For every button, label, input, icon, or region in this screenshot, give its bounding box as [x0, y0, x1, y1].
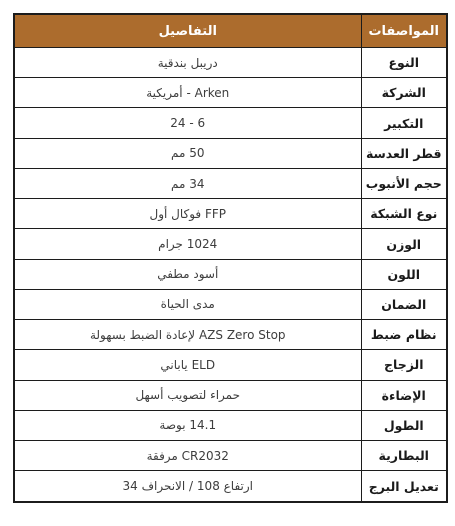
- spec-value-cell: أسود مطفي: [14, 259, 361, 289]
- table-row: الزجاجELD ياباني: [14, 350, 447, 380]
- table-row: قطر العدسة50 مم: [14, 138, 447, 168]
- spec-label-cell: البطارية: [361, 441, 447, 471]
- table-row: الإضاءةحمراء لتصويب أسهل: [14, 380, 447, 410]
- spec-value-cell: Arken - أمريكية: [14, 78, 361, 108]
- specs-table-header: المواصفات التفاصيل: [14, 14, 447, 48]
- spec-value-cell: FFP فوكال أول: [14, 199, 361, 229]
- spec-label-cell: الطول: [361, 410, 447, 440]
- spec-label-cell: الوزن: [361, 229, 447, 259]
- table-row: نوع الشبكةFFP فوكال أول: [14, 199, 447, 229]
- spec-value-cell: دريبل بندقية: [14, 48, 361, 78]
- table-row: نظام ضبطAZS Zero Stop لإعادة الضبط بسهول…: [14, 320, 447, 350]
- spec-value-cell: 1024 جرام: [14, 229, 361, 259]
- spec-label-cell: الضمان: [361, 289, 447, 319]
- spec-label-cell: الزجاج: [361, 350, 447, 380]
- spec-value-cell: حمراء لتصويب أسهل: [14, 380, 361, 410]
- table-row: الشركةArken - أمريكية: [14, 78, 447, 108]
- spec-label-cell: النوع: [361, 48, 447, 78]
- spec-value-cell: ELD ياباني: [14, 350, 361, 380]
- spec-value-cell: 50 مم: [14, 138, 361, 168]
- page: المواصفات التفاصيل النوعدريبل بندقيةالشر…: [0, 0, 455, 526]
- spec-value-cell: 14.1 بوصة: [14, 410, 361, 440]
- header-row: المواصفات التفاصيل: [14, 14, 447, 48]
- table-row: النوعدريبل بندقية: [14, 48, 447, 78]
- specs-table: المواصفات التفاصيل النوعدريبل بندقيةالشر…: [13, 13, 448, 503]
- table-row: الضمانمدى الحياة: [14, 289, 447, 319]
- table-row: الطول14.1 بوصة: [14, 410, 447, 440]
- spec-label-cell: الشركة: [361, 78, 447, 108]
- spec-label-cell: تعديل البرج: [361, 471, 447, 502]
- spec-label-cell: حجم الأنبوب: [361, 168, 447, 198]
- table-row: البطاريةCR2032 مرفقة: [14, 441, 447, 471]
- spec-value-cell: 6 - 24: [14, 108, 361, 138]
- spec-value-cell: ارتفاع 108 / الانحراف 34: [14, 471, 361, 502]
- spec-value-cell: AZS Zero Stop لإعادة الضبط بسهولة: [14, 320, 361, 350]
- spec-label-cell: قطر العدسة: [361, 138, 447, 168]
- table-row: اللونأسود مطفي: [14, 259, 447, 289]
- specs-column-header: المواصفات: [361, 14, 447, 48]
- table-row: تعديل البرجارتفاع 108 / الانحراف 34: [14, 471, 447, 502]
- table-row: التكبير6 - 24: [14, 108, 447, 138]
- spec-label-cell: اللون: [361, 259, 447, 289]
- spec-label-cell: الإضاءة: [361, 380, 447, 410]
- spec-label-cell: نوع الشبكة: [361, 199, 447, 229]
- spec-value-cell: CR2032 مرفقة: [14, 441, 361, 471]
- specs-table-body: النوعدريبل بندقيةالشركةArken - أمريكيةال…: [14, 48, 447, 503]
- spec-label-cell: التكبير: [361, 108, 447, 138]
- table-row: حجم الأنبوب34 مم: [14, 168, 447, 198]
- spec-value-cell: 34 مم: [14, 168, 361, 198]
- table-row: الوزن1024 جرام: [14, 229, 447, 259]
- details-column-header: التفاصيل: [14, 14, 361, 48]
- spec-label-cell: نظام ضبط: [361, 320, 447, 350]
- spec-value-cell: مدى الحياة: [14, 289, 361, 319]
